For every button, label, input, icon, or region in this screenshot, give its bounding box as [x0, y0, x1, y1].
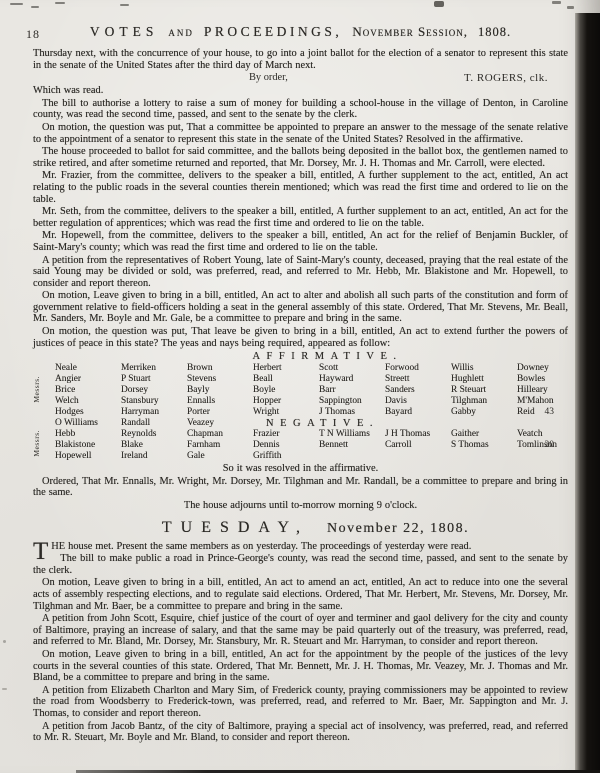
voter-name: Blake — [121, 440, 187, 451]
negative-column-4: FrazierDennisGriffith — [253, 429, 319, 462]
voter-name: Welch — [55, 396, 121, 407]
voter-name: Brown — [187, 363, 253, 374]
negative-column-6: J H ThomasCarroll — [385, 429, 451, 462]
negative-column-7: GaitherS Thomas — [451, 429, 517, 462]
voter-name: Ennalls — [187, 396, 253, 407]
dropcap-letter: T — [33, 541, 51, 562]
voter-name: M'Mahon — [517, 396, 583, 407]
voter-name: Scott — [319, 363, 385, 374]
paragraph: On motion, Leave given to bring in a bil… — [33, 290, 568, 325]
messrs-label: Messrs. — [32, 430, 41, 457]
voter-name: Frazier — [253, 429, 319, 440]
voter-name: Hebb — [55, 429, 121, 440]
voter-name: Gale — [187, 451, 253, 462]
voter-name: Bowles — [517, 374, 583, 385]
monday-paragraphs: The bill to authorise a lottery to raise… — [33, 98, 568, 349]
voter-name: Bennett — [319, 440, 385, 451]
scan-mark — [567, 6, 574, 9]
paragraph: On motion, Leave given to bring in a bil… — [33, 649, 568, 684]
voter-name: Beall — [253, 374, 319, 385]
paragraph: The bill to authorise a lottery to raise… — [33, 98, 568, 121]
scanned-document-page: 18 VOTES AND PROCEEDINGS, November Sessi… — [0, 0, 600, 773]
scan-mark — [10, 3, 23, 5]
page-number: 18 — [26, 27, 40, 42]
paragraph: On motion, the question was put, That le… — [33, 326, 568, 349]
voter-name: T N Williams — [319, 429, 385, 440]
scan-mark — [31, 6, 39, 8]
voter-name: Brice — [55, 385, 121, 396]
negative-column-2: ReynoldsBlakeIreland — [121, 429, 187, 462]
tuesday-heading: TUESDAY, November 22, 1808. — [48, 519, 583, 537]
clerk-signature: T. ROGERS, clk. — [464, 72, 548, 84]
voter-name: Blakistone — [55, 440, 121, 451]
negative-heading: NEGATIVE. — [55, 418, 590, 429]
vote-result: So it was resolved in the affirmative. — [33, 463, 568, 475]
paragraph: Ordered, That Mr. Ennalls, Mr. Wright, M… — [33, 476, 568, 499]
by-order-text: By order, — [249, 72, 288, 83]
scan-edge-band — [575, 13, 600, 773]
scan-mark — [552, 1, 561, 4]
paragraph: On motion, the question was put, That a … — [33, 122, 568, 145]
voter-name: Chapman — [187, 429, 253, 440]
page-title: VOTES AND PROCEEDINGS, November Session,… — [33, 24, 568, 40]
voter-name: Reynolds — [121, 429, 187, 440]
paragraph: Thursday next, with the concurrence of y… — [33, 48, 568, 71]
paragraph: A petition from Elizabeth Charlton and M… — [33, 685, 568, 720]
voter-name: Herbert — [253, 363, 319, 374]
scan-mark — [434, 1, 444, 7]
voter-name: Hughlett — [451, 374, 517, 385]
paragraph: Mr. Frazier, from the committee, deliver… — [33, 170, 568, 205]
paragraph: A petition from the representatives of R… — [33, 255, 568, 290]
voter-name: Sappington — [319, 396, 385, 407]
paragraph: Mr. Hopewell, from the committee, delive… — [33, 230, 568, 253]
negative-count: 20 — [545, 440, 555, 450]
page-header: 18 VOTES AND PROCEEDINGS, November Sessi… — [33, 24, 568, 41]
negative-column-3: ChapmanFarnhamGale — [187, 429, 253, 462]
affirmative-heading: AFFIRMATIVE. — [60, 351, 595, 362]
voter-name: Stevens — [187, 374, 253, 385]
voter-name: Griffith — [253, 451, 319, 462]
messrs-label: Messrs. — [32, 376, 41, 403]
voter-name: Angier — [55, 374, 121, 385]
voter-name: Carroll — [385, 440, 451, 451]
voter-name: Downey — [517, 363, 583, 374]
voter-name: Merriken — [121, 363, 187, 374]
vote-record: AFFIRMATIVE. Messrs. NealeAngierBriceWel… — [33, 351, 568, 475]
voter-name: Hilleary — [517, 385, 583, 396]
voter-name: Veatch — [517, 429, 583, 440]
paragraph: Which was read. — [33, 85, 568, 97]
voter-name: Farnham — [187, 440, 253, 451]
tuesday-paragraphs: The bill to make public a road in Prince… — [33, 553, 568, 744]
voter-name: Hodges — [55, 407, 121, 418]
voter-name: J Thomas — [319, 407, 385, 418]
scan-mark — [120, 4, 129, 6]
paragraph: On motion, Leave given to bring in a bil… — [33, 577, 568, 612]
voter-name: Bayly — [187, 385, 253, 396]
voter-name: Dorsey — [121, 385, 187, 396]
voter-name: Stansbury — [121, 396, 187, 407]
voter-name: Bayard — [385, 407, 451, 418]
voter-name: Barr — [319, 385, 385, 396]
scan-mark — [2, 688, 7, 690]
paragraph: A petition from Jacob Bantz, of the city… — [33, 721, 568, 744]
voter-name: Wright — [253, 407, 319, 418]
paragraph: The bill to make public a road in Prince… — [33, 553, 568, 576]
negative-table: Messrs. HebbBlakistoneHopewell ReynoldsB… — [33, 429, 568, 462]
title-year: 1808. — [478, 25, 511, 40]
title-proceedings: PROCEEDINGS, — [204, 24, 342, 40]
paragraph: The house proceeded to ballot for said c… — [33, 146, 568, 169]
tuesday-day: TUESDAY, — [162, 519, 309, 537]
voter-name: Sanders — [385, 385, 451, 396]
title-session: November Session, — [352, 24, 468, 40]
voter-name: Davis — [385, 396, 451, 407]
title-and: AND — [168, 28, 194, 38]
negative-column-1: HebbBlakistoneHopewell — [55, 429, 121, 462]
voter-name: P Stuart — [121, 374, 187, 385]
adjournment-line: The house adjourns until to-morrow morni… — [33, 500, 568, 512]
voter-name: R Steuart — [451, 385, 517, 396]
voter-name: Boyle — [253, 385, 319, 396]
tuesday-date: November 22, 1808. — [327, 521, 469, 537]
voter-name: Forwood — [385, 363, 451, 374]
voter-name: Dennis — [253, 440, 319, 451]
paragraph: HE house met. Present the same members a… — [33, 541, 568, 553]
voter-name: Tilghman — [451, 396, 517, 407]
voter-name: S Thomas — [451, 440, 517, 451]
voter-name: Streett — [385, 374, 451, 385]
tuesday-section: T HE house met. Present the same members… — [33, 541, 568, 744]
affirmative-count: 43 — [545, 407, 555, 417]
voter-name: Ireland — [121, 451, 187, 462]
paragraph: A petition from John Scott, Esquire, chi… — [33, 613, 568, 648]
by-order-line: By order, T. ROGERS, clk. — [33, 72, 568, 84]
voter-name: Hopper — [253, 396, 319, 407]
negative-column-5: T N WilliamsBennett — [319, 429, 385, 462]
voter-name: Gabby — [451, 407, 517, 418]
document-content: 18 VOTES AND PROCEEDINGS, November Sessi… — [33, 24, 568, 745]
paragraph: Mr. Seth, from the committee, delivers t… — [33, 206, 568, 229]
voter-name: J H Thomas — [385, 429, 451, 440]
voter-name: Porter — [187, 407, 253, 418]
scan-mark — [55, 2, 65, 4]
voter-name: Hopewell — [55, 451, 121, 462]
voter-name: Willis — [451, 363, 517, 374]
voter-name: Neale — [55, 363, 121, 374]
voter-name: Hayward — [319, 374, 385, 385]
voter-name: Gaither — [451, 429, 517, 440]
title-votes: VOTES — [90, 24, 159, 40]
voter-name: Harryman — [121, 407, 187, 418]
scan-mark — [3, 640, 6, 643]
